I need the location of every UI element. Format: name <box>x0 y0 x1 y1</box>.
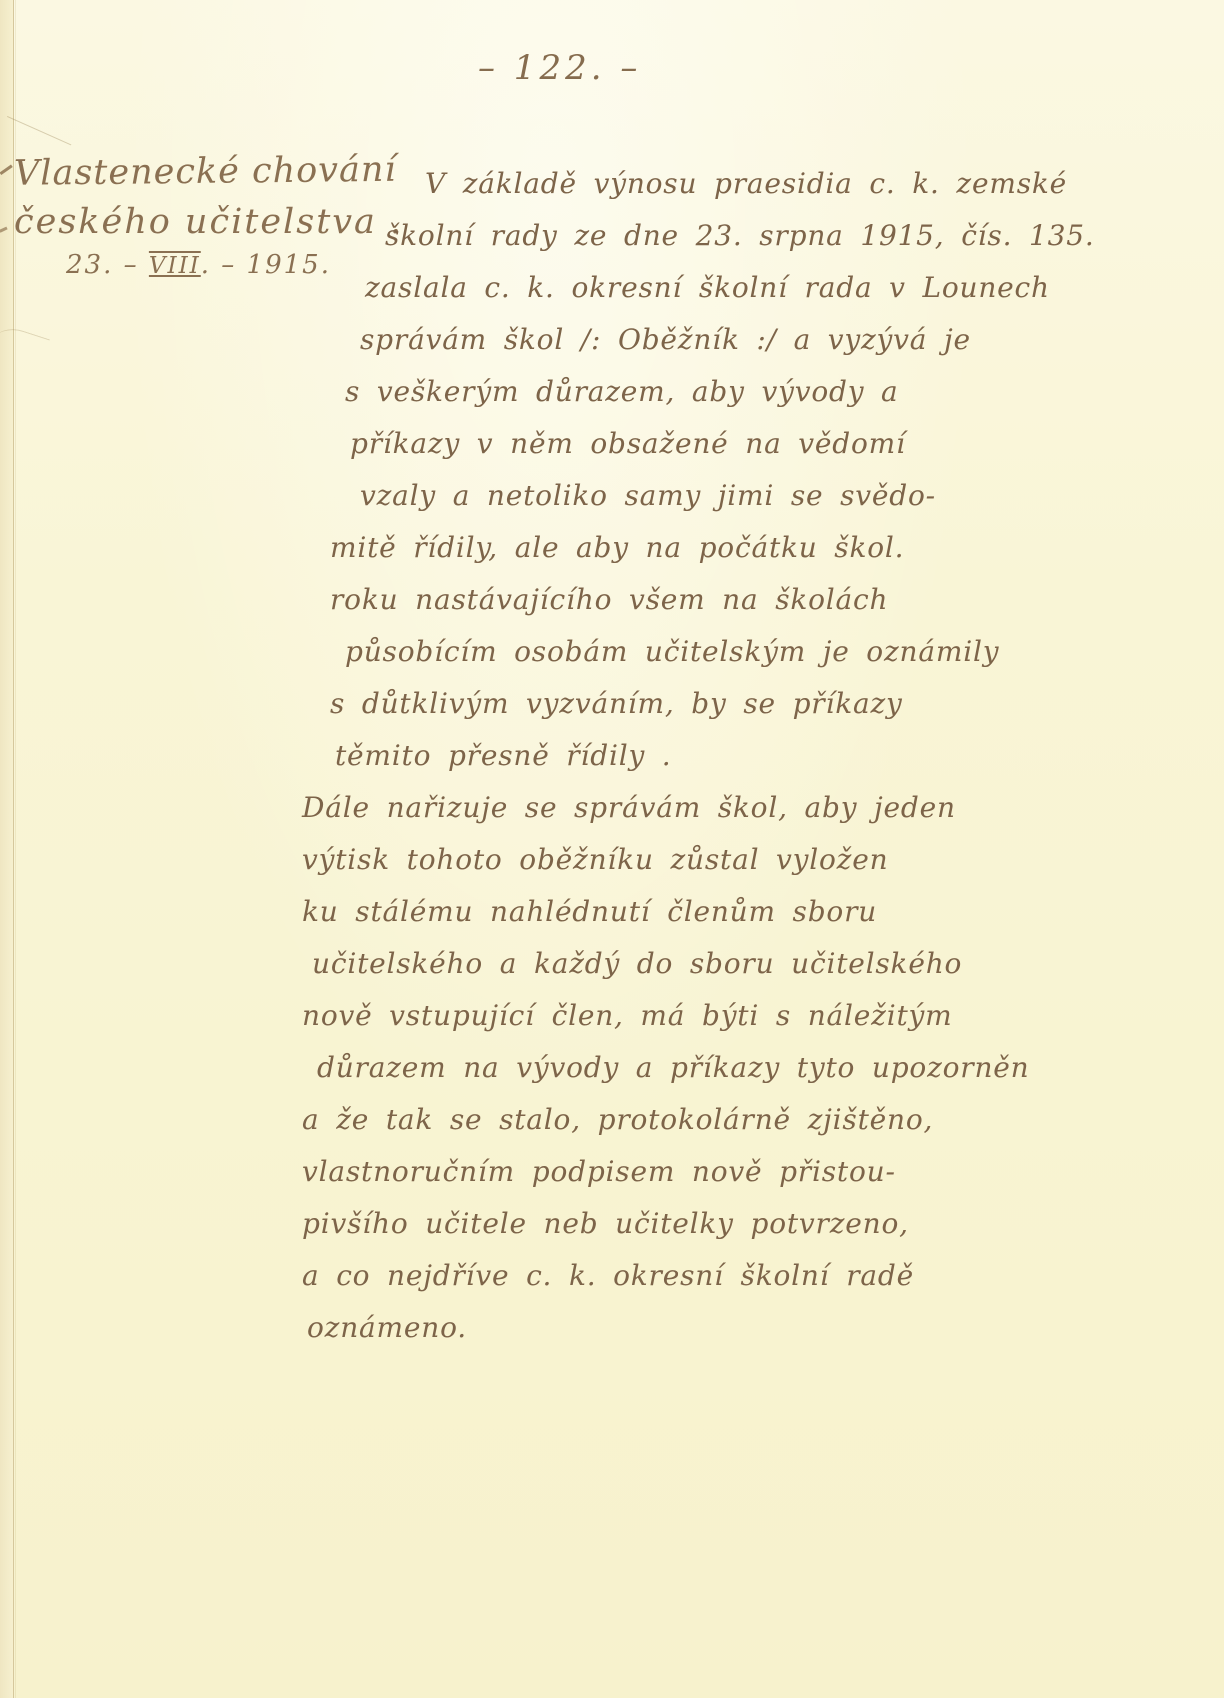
handwritten-line: roku nastávajícího všem na školách <box>330 574 1130 626</box>
margin-date-suffix: . – 1915. <box>201 250 331 280</box>
handwritten-line: oznámeno. <box>302 1302 1130 1354</box>
handwritten-line: správám škol /: Oběžník :/ a vyzývá je <box>330 314 1130 366</box>
handwritten-line: nově vstupující člen, má býti s náležitý… <box>302 990 1130 1042</box>
handwritten-line: mitě řídily, ale aby na počátku škol. <box>330 522 1130 574</box>
margin-date: 23. – VIII. – 1915. <box>66 250 359 280</box>
handwritten-line: s veškerým důrazem, aby vývody a <box>330 366 1130 418</box>
page-left-edge <box>0 0 14 1698</box>
paragraph-further-orders: Dále nařizuje se správám škol, aby jeden… <box>302 782 1130 1354</box>
handwritten-line: těmito přesně řídily . <box>330 730 1130 782</box>
margin-annotation: Vlastenecké chování českého učitelstva .… <box>14 152 359 280</box>
handwritten-line: Dále nařizuje se správám škol, aby jeden <box>302 782 1130 834</box>
handwritten-line: s důtklivým vyzváním, by se příkazy <box>330 678 1130 730</box>
margin-title-line2: českého učitelstva . <box>14 202 359 242</box>
handwritten-line: školní rady ze dne 23. srpna 1915, čís. … <box>330 210 1130 262</box>
handwritten-line: zaslala c. k. okresní školní rada v Loun… <box>330 262 1130 314</box>
handwritten-line: důrazem na vývody a příkazy tyto upozorn… <box>302 1042 1130 1094</box>
paragraph-circular-summary: V základě výnosu praesidia c. k. zemskéš… <box>330 158 1130 782</box>
handwritten-line: pivšího učitele neb učitelky potvrzeno, <box>302 1198 1130 1250</box>
margin-date-roman-numeral: VIII <box>149 253 201 279</box>
handwritten-line: působícím osobám učitelským je oznámily <box>330 626 1130 678</box>
manuscript-page: – 122. – Vlastenecké chování českého uči… <box>0 0 1224 1698</box>
page-number: – 122. – <box>478 48 698 88</box>
handwritten-line: a co nejdříve c. k. okresní školní radě <box>302 1250 1130 1302</box>
handwritten-line: příkazy v něm obsažené na vědomí <box>330 418 1130 470</box>
handwritten-line: a že tak se stalo, protokolárně zjištěno… <box>302 1094 1130 1146</box>
handwritten-line: učitelského a každý do sboru učitelského <box>302 938 1130 990</box>
handwritten-line: V základě výnosu praesidia c. k. zemské <box>330 158 1130 210</box>
handwritten-line: ku stálému nahlédnutí členům sboru <box>302 886 1130 938</box>
margin-title-line1: Vlastenecké chování <box>14 150 359 194</box>
handwritten-line: vlastnoručním podpisem nově přistou- <box>302 1146 1130 1198</box>
handwritten-line: vzaly a netoliko samy jimi se svědo- <box>330 470 1130 522</box>
margin-date-prefix: 23. – <box>66 250 149 280</box>
handwritten-line: výtisk tohoto oběžníku zůstal vyložen <box>302 834 1130 886</box>
body-text: V základě výnosu praesidia c. k. zemskéš… <box>330 158 1130 1354</box>
